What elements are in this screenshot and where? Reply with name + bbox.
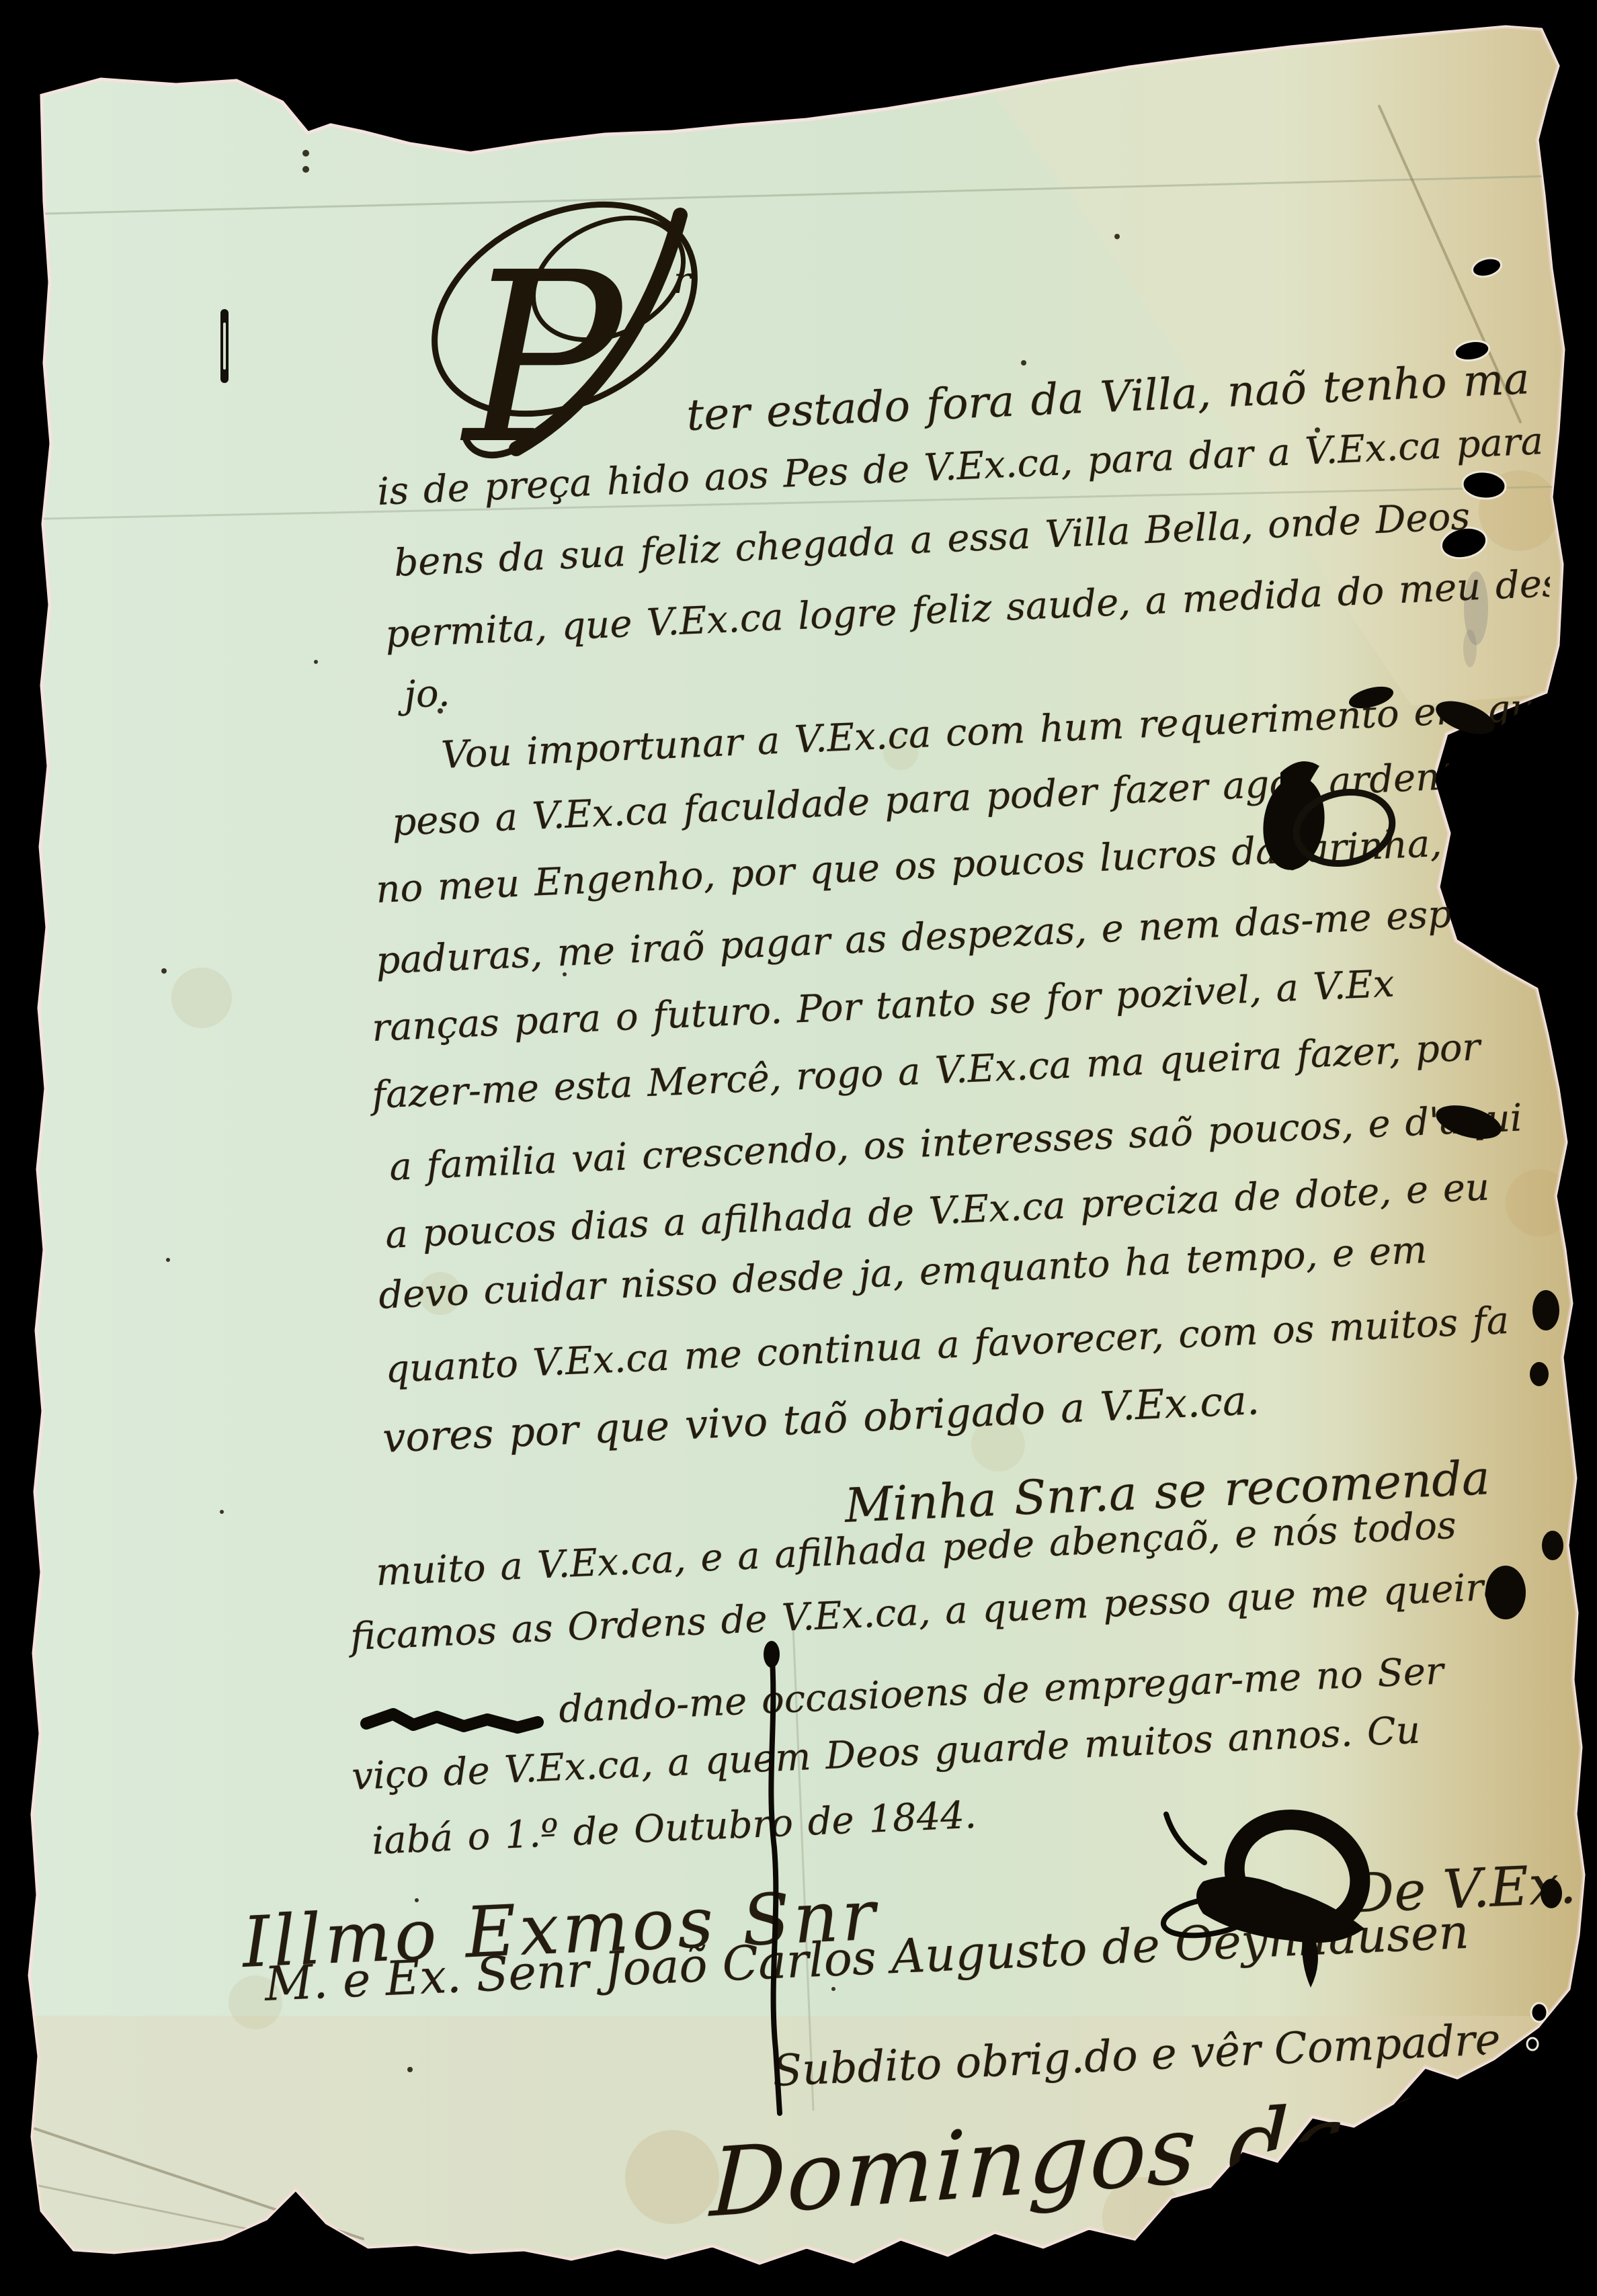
letter-line: iabá o 1.º de Outubro de 1844.: [371, 1793, 977, 1863]
letter-line: quanto V.Ex.ca me continua a favorecer, …: [384, 1299, 1510, 1392]
letter-line: bens da sua feliz chegada a essa Villa B…: [393, 495, 1471, 585]
letter-line: viço de V.Ex.ca, a quem Deos guarde muit…: [351, 1709, 1421, 1799]
letter-text: ter estado fora da Villa, naõ tenho mais…: [0, 0, 1597, 2296]
scanned-manuscript-page: P r ter estado fora da Villa, naõ tenho …: [0, 0, 1597, 2296]
letter-line: jo.: [403, 671, 451, 717]
letter-line: vores por que vivo taõ obrigado a V.Ex.c…: [382, 1377, 1260, 1462]
